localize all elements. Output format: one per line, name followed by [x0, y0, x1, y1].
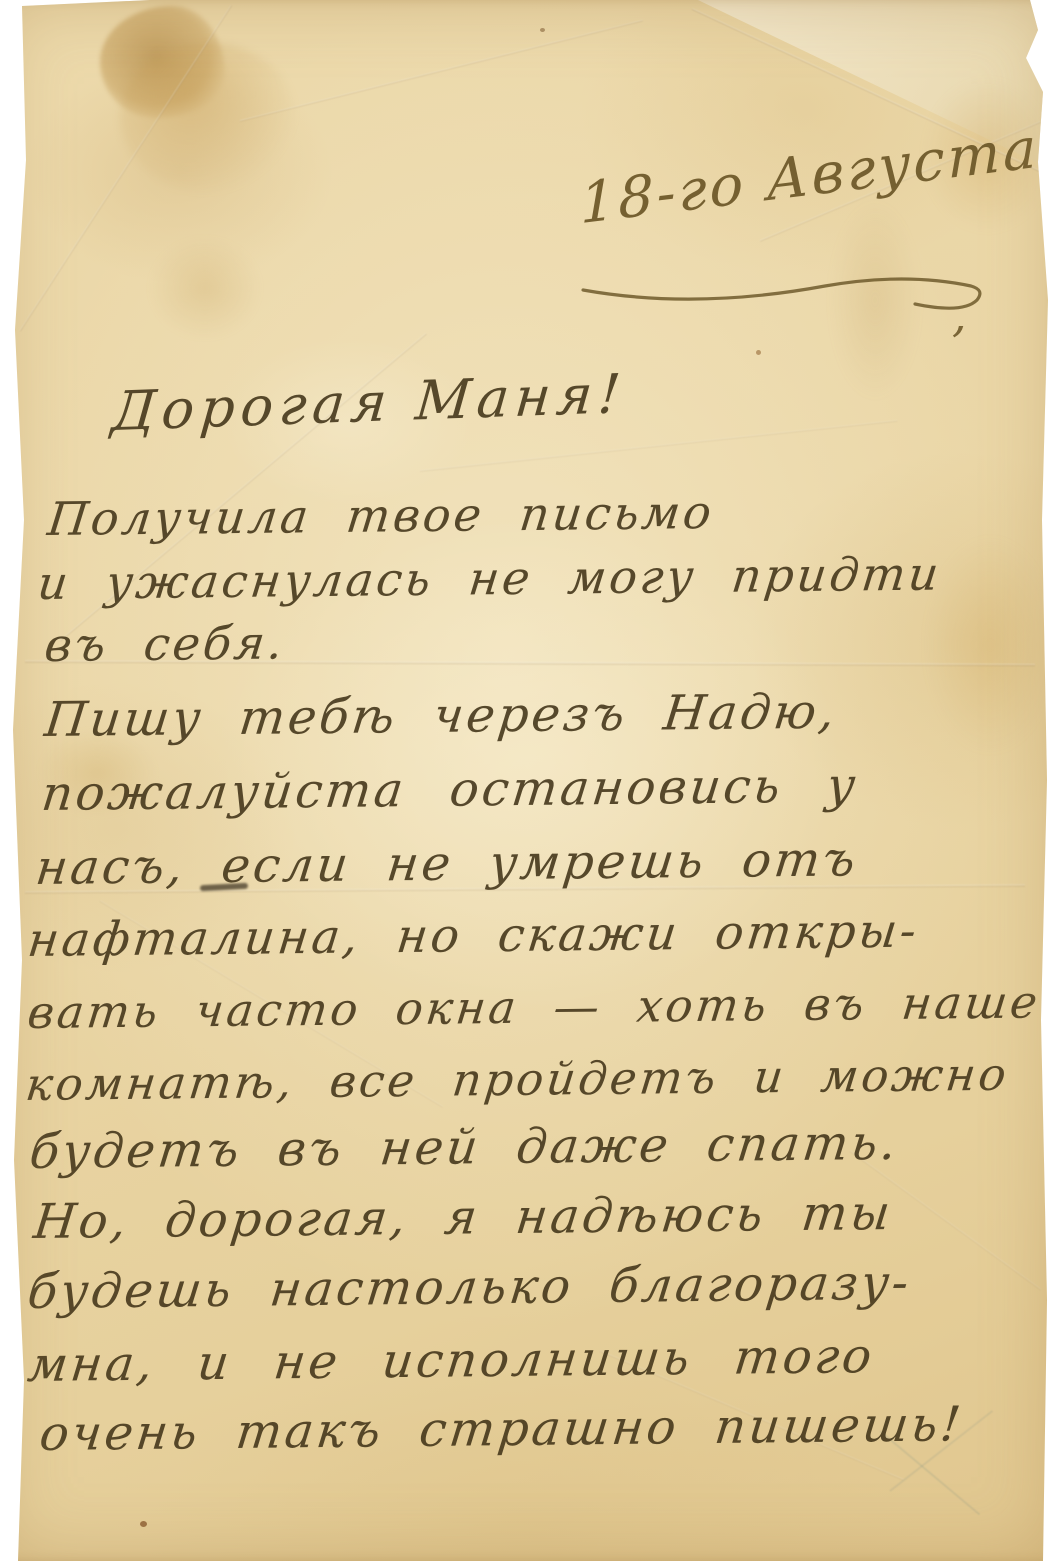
letter-line-9: комнатѣ, все пройдетъ и можно [23, 1048, 1012, 1111]
letter-line-11: Но, дорогая, я надѣюсь ты [31, 1185, 896, 1250]
letter-page: 18-го Августа , Дорогая Маня! Получила т… [0, 0, 1055, 1561]
stain-upper-left [150, 238, 260, 338]
crease-line [240, 20, 643, 122]
stain-top-left [100, 6, 225, 118]
letter-line-7: нафталина, но скажи откры- [25, 904, 922, 968]
stain-top-left-halo [120, 42, 295, 192]
letter-line-2: и ужаснулась не могу придти [35, 547, 944, 610]
letter-line-14: очень такъ страшно пишешь! [37, 1396, 966, 1462]
paper-speck [540, 28, 545, 32]
date-underline-flourish [575, 252, 995, 322]
letter-line-3: въ себя. [42, 615, 289, 672]
paper-speck [140, 1521, 147, 1527]
crease-line [19, 5, 232, 331]
letter-line-10: будетъ въ ней даже спать. [27, 1115, 902, 1180]
letter-line-4: Пишу тебѣ черезъ Надю, [42, 684, 841, 748]
stain-right-middle [928, 540, 1053, 750]
letter-line-5: пожалуйста остановись у [39, 757, 861, 822]
date-line: 18-го Августа [579, 115, 1039, 237]
scanned-letter: 18-го Августа , Дорогая Маня! Получила т… [0, 0, 1055, 1561]
date-comma: , [952, 288, 967, 342]
letter-line-13: мна, и не исполнишь того [25, 1328, 877, 1393]
letter-line-12: будешь настолько благоразу- [25, 1255, 914, 1320]
letter-line-1: Получила твое письмо [45, 485, 717, 546]
salutation: Дорогая Маня! [109, 362, 629, 443]
letter-line-6: насъ, если не умрешь отъ [33, 831, 861, 896]
stain-center-faint [830, 200, 920, 400]
paper-speck [756, 350, 761, 355]
letter-line-8: вать часто окна — хоть въ нашей [25, 975, 1055, 1039]
